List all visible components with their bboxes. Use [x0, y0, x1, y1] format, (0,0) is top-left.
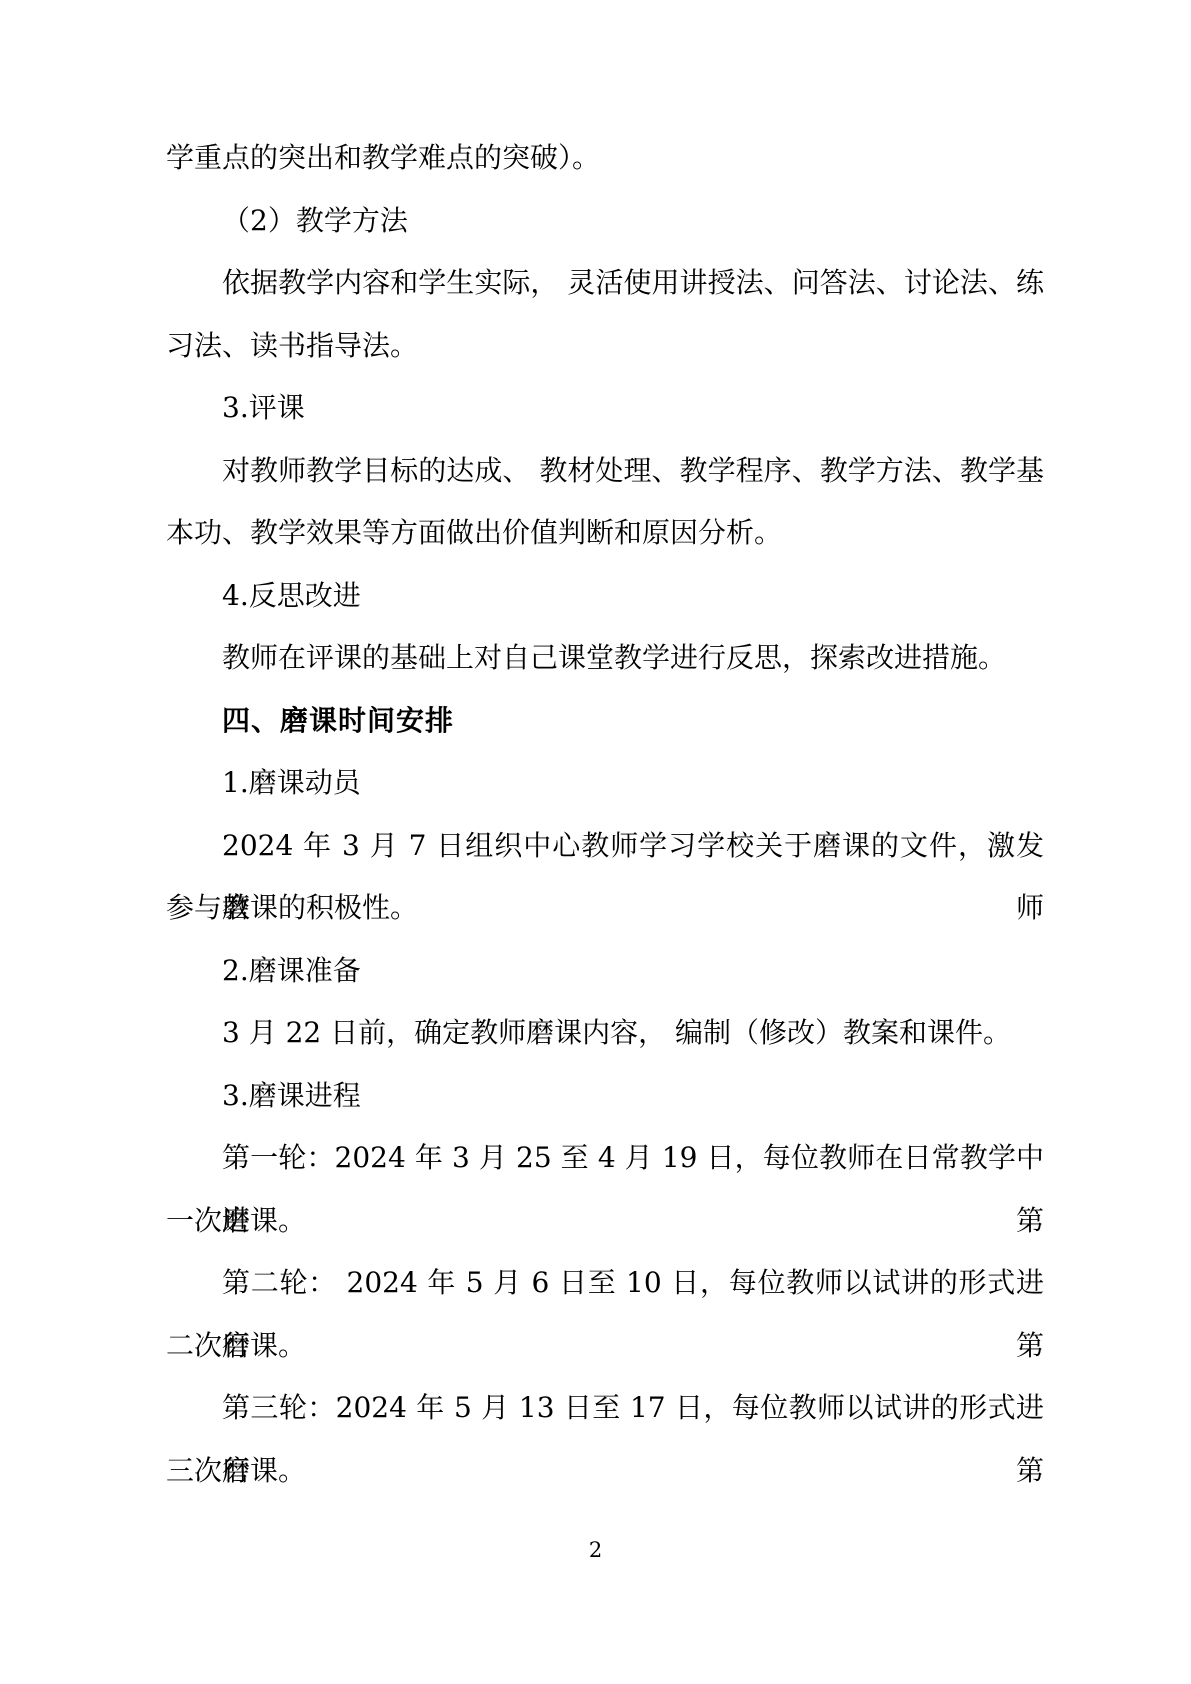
body-line: 学重点的突出和教学难点的突破）。 — [166, 127, 1044, 190]
body-line: 2024 年 3 月 7 日组织中心教师学习学校关于磨课的文件，激发教师 — [166, 815, 1044, 878]
document-page: 学重点的突出和教学难点的突破）。 （2）教学方法 依据教学内容和学生实际， 灵活… — [0, 0, 1191, 1684]
list-item: （2）教学方法 — [166, 190, 1044, 253]
body-line: 依据教学内容和学生实际， 灵活使用讲授法、问答法、讨论法、练 — [166, 252, 1044, 315]
body-line: 第三轮：2024 年 5 月 13 日至 17 日，每位教师以试讲的形式进行第 — [166, 1377, 1044, 1440]
list-item: 3.评课 — [166, 377, 1044, 440]
body-line: 对教师教学目标的达成、 教材处理、教学程序、教学方法、教学基 — [166, 440, 1044, 503]
list-item: 3.磨课进程 — [166, 1065, 1044, 1128]
page-number: 2 — [0, 1538, 1191, 1563]
body-line: 第二轮： 2024 年 5 月 6 日至 10 日，每位教师以试讲的形式进行第 — [166, 1252, 1044, 1315]
list-item: 1.磨课动员 — [166, 752, 1044, 815]
body-line: 教师在评课的基础上对自己课堂教学进行反思，探索改进措施。 — [166, 627, 1044, 690]
body-line: 3 月 22 日前，确定教师磨课内容， 编制（修改）教案和课件。 — [166, 1002, 1044, 1065]
body-line: 本功、教学效果等方面做出价值判断和原因分析。 — [166, 502, 1044, 565]
list-item: 2.磨课准备 — [166, 940, 1044, 1003]
document-body: 学重点的突出和教学难点的突破）。 （2）教学方法 依据教学内容和学生实际， 灵活… — [166, 127, 1044, 1502]
body-line: 习法、读书指导法。 — [166, 315, 1044, 378]
list-item: 4.反思改进 — [166, 565, 1044, 628]
body-line: 第一轮：2024 年 3 月 25 至 4 月 19 日，每位教师在日常教学中进… — [166, 1127, 1044, 1190]
section-heading: 四、磨课时间安排 — [166, 690, 1044, 753]
